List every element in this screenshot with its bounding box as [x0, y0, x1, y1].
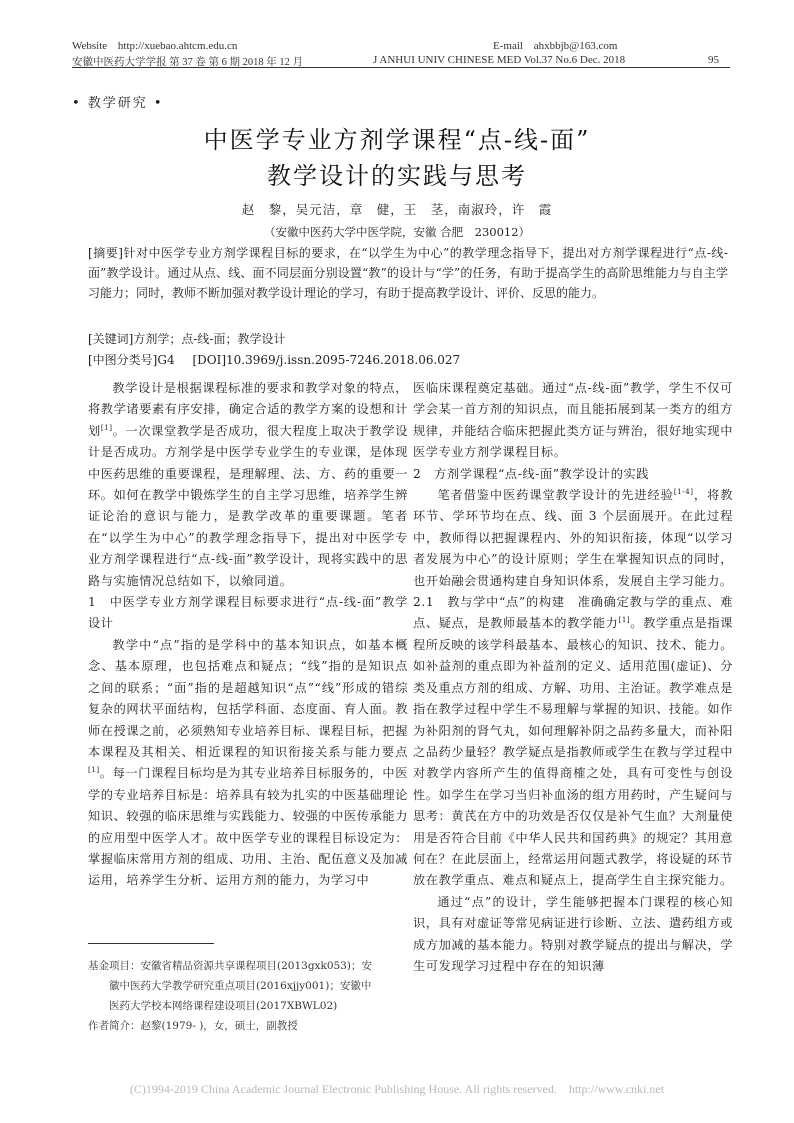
abstract-label: [摘要]: [88, 246, 123, 260]
header-website: Website http://xuebao.ahtcm.edu.cn: [72, 40, 237, 52]
paragraph: 通过“点”的设计，学生能够把握本门课程的核心知识，具有对虚证等常见病证进行诊断、…: [413, 892, 733, 978]
doi-value[interactable]: 10.3969/j.issn.2095-7246.2018.06.027: [226, 353, 460, 367]
page-number: 95: [708, 54, 719, 66]
header-rule: [72, 67, 730, 68]
section-tag: • 教学研究 •: [72, 92, 164, 111]
keywords-text: 方剂学；点-线-面；教学设计: [133, 332, 285, 346]
abstract-text: 针对中医学专业方剂学课程目标的要求，在“以学生为中心”的教学理念指导下，提出对方…: [88, 246, 728, 300]
affiliation: （安徽中医药大学中医学院，安徽 合肥 230012）: [0, 224, 794, 240]
authors: 赵 黎，吴元洁，章 健，王 茎，南淑玲，许 霞: [0, 200, 794, 218]
footnotes: 基金项目：安徽省精品资源共享课程项目(2013gxk053)；安 徽中医药大学教…: [88, 956, 400, 1036]
citation-ref[interactable]: [1]: [101, 424, 113, 432]
paragraph: 医临床课程奠定基础。通过“点-线-面”教学，学生不仅可学会某一首方剂的知识点，而…: [413, 378, 733, 464]
classification-doi: [中图分类号]G4 [DOI]10.3969/j.issn.2095-7246.…: [88, 351, 460, 368]
author-info: 作者简介：赵黎(1979- )，女，硕士，副教授: [88, 1016, 400, 1036]
citation-ref[interactable]: [1]: [88, 766, 100, 774]
subsection-2-1: 2.1 教与学中“点”的构建 准确确定教与学的重点、难点、疑点，是教师最基本的教…: [413, 592, 733, 892]
abstract: [摘要]针对中医学专业方剂学课程目标的要求，在“以学生为中心”的教学理念指导下，…: [88, 243, 728, 303]
section-heading-2: 2 方剂学课程“点-线-面”教学设计的实践: [413, 464, 733, 485]
paragraph: 教学中“点”指的是学科中的基本知识点，如基本概念、基本原理，也包括难点和疑点；“…: [88, 635, 408, 892]
keywords: [关键词]方剂学；点-线-面；教学设计: [88, 330, 286, 347]
right-column: 医临床课程奠定基础。通过“点-线-面”教学，学生不仅可学会某一首方剂的知识点，而…: [413, 378, 733, 977]
fund-line2: 徽中医药大学教学研究重点项目(2016xjjy001)；安徽中: [88, 976, 400, 996]
keywords-label: [关键词]: [88, 332, 133, 346]
subsection-heading: 2.1 教与学中“点”的构建: [413, 595, 565, 609]
clc-value: G4: [157, 353, 174, 367]
article-title-line2: 教学设计的实践与思考: [0, 156, 794, 191]
email-address[interactable]: ahxbbjb@163.com: [534, 40, 618, 52]
citation-ref[interactable]: [1-4]: [674, 488, 694, 496]
doi-label: [DOI]: [192, 353, 226, 367]
citation-ref[interactable]: [1]: [619, 616, 631, 624]
paragraph: 笔者借鉴中医药课堂教学设计的先进经验[1-4]，将教环节、学环节均在点、线、面 …: [413, 485, 733, 592]
section-heading-1: 1 中医学专业方剂学课程目标要求进行“点-线-面”教学设计: [88, 592, 408, 635]
left-column: 教学设计是根据课程标准的要求和教学对象的特点，将教学诸要素有序安排，确定合适的教…: [88, 378, 408, 892]
email-label: E-mail: [493, 40, 523, 52]
header-email: E-mail ahxbbjb@163.com: [493, 40, 617, 52]
website-label: Website: [72, 40, 107, 52]
article-title-line1: 中医学专业方剂学课程“点-线-面”: [0, 120, 794, 155]
fund-line3: 医药大学校本网络课程建设项目(2017XBWL02): [88, 996, 400, 1016]
footnote-rule: [88, 943, 214, 944]
paragraph: 教学设计是根据课程标准的要求和教学对象的特点，将教学诸要素有序安排，确定合适的教…: [88, 378, 408, 592]
fund-line1: 基金项目：安徽省精品资源共享课程项目(2013gxk053)；安: [88, 956, 400, 976]
website-url[interactable]: http://xuebao.ahtcm.edu.cn: [118, 40, 237, 52]
copyright-notice: (C)1994-2019 China Academic Journal Elec…: [0, 1082, 794, 1097]
journal-en: J ANHUI UNIV CHINESE MED Vol.37 No.6 Dec…: [373, 54, 625, 66]
clc-label: [中图分类号]: [88, 353, 157, 367]
